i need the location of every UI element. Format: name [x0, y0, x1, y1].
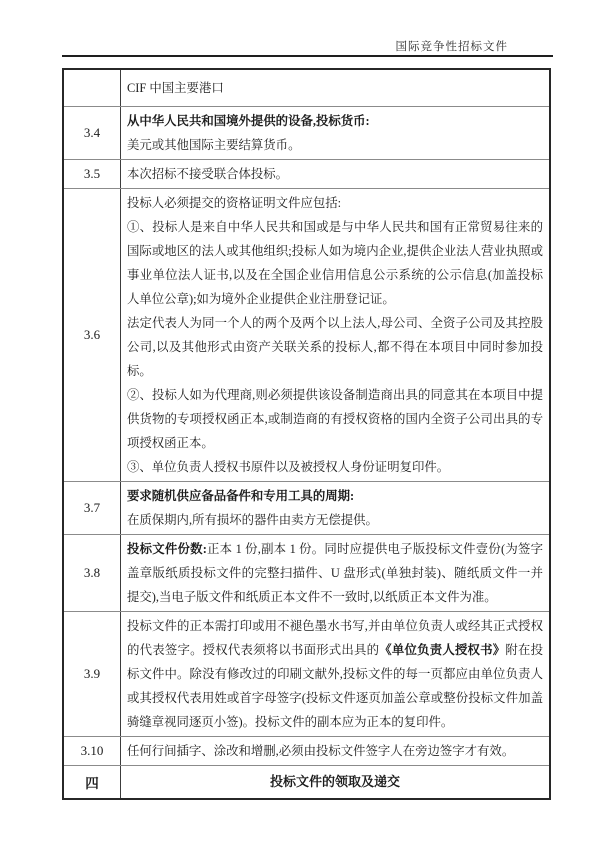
bid-table: CIF 中国主要港口 3.4 从中华人民共和国境外提供的设备,投标货币: 美元或…: [62, 68, 551, 800]
document-page: 国际竞争性招标文件 CIF 中国主要港口 3.4 从中华人民共和国境外提供的设备…: [0, 0, 616, 860]
paragraph: 在质保期内,所有损坏的器件由卖方无偿提供。: [127, 508, 543, 532]
paragraph: ③、单位负责人授权书原件以及被授权人身份证明复印件。: [127, 455, 543, 479]
table-row-3-10: 3.10 任何行间插字、涂改和增删,必须由投标文件签字人在旁边签字才有效。: [64, 736, 549, 765]
paragraph: ①、投标人是来自中华人民共和国或是与中华人民共和国有正常贸易往来的国际或地区的法…: [127, 215, 543, 311]
row-content: CIF 中国主要港口: [121, 70, 549, 106]
row-number: 3.10: [64, 737, 121, 765]
table-row-cif: CIF 中国主要港口: [64, 70, 549, 106]
paragraph: 美元或其他国际主要结算货币。: [127, 133, 543, 157]
table-row-3-5: 3.5 本次招标不接受联合体投标。: [64, 159, 549, 188]
section-title: 投标文件的领取及递交: [127, 770, 543, 794]
row-number: 3.5: [64, 160, 121, 188]
row-number: [64, 70, 121, 106]
inline-bold-label: 投标文件份数:: [127, 542, 207, 556]
row-number: 3.6: [64, 189, 121, 481]
table-row-3-4: 3.4 从中华人民共和国境外提供的设备,投标货币: 美元或其他国际主要结算货币。: [64, 106, 549, 159]
row-content: 任何行间插字、涂改和增删,必须由投标文件签字人在旁边签字才有效。: [121, 737, 549, 765]
row-content: 本次招标不接受联合体投标。: [121, 160, 549, 188]
paragraph: 本次招标不接受联合体投标。: [127, 162, 543, 186]
row-content: 投标人必须提交的资格证明文件应包括: ①、投标人是来自中华人民共和国或是与中华人…: [121, 189, 549, 481]
paragraph: 投标文件份数:正本 1 份,副本 1 份。同时应提供电子版投标文件壹份(为签字盖…: [127, 537, 543, 609]
row-number: 四: [64, 766, 121, 798]
row-number: 3.7: [64, 482, 121, 534]
row-content: 投标文件的领取及递交: [121, 766, 549, 798]
table-row-3-6: 3.6 投标人必须提交的资格证明文件应包括: ①、投标人是来自中华人民共和国或是…: [64, 188, 549, 481]
table-row-3-7: 3.7 要求随机供应备品备件和专用工具的周期: 在质保期内,所有损坏的器件由卖方…: [64, 481, 549, 534]
paragraph: 投标人必须提交的资格证明文件应包括:: [127, 191, 543, 215]
inline-bold-title: 《单位负责人授权书》: [379, 643, 505, 657]
row-content: 投标文件份数:正本 1 份,副本 1 份。同时应提供电子版投标文件壹份(为签字盖…: [121, 535, 549, 611]
paragraph: 投标文件的正本需打印或用不褪色墨水书写,并由单位负责人或经其正式授权的代表签字。…: [127, 614, 543, 734]
table-row-section-4: 四 投标文件的领取及递交: [64, 765, 549, 798]
paragraph: 任何行间插字、涂改和增删,必须由投标文件签字人在旁边签字才有效。: [127, 739, 543, 763]
row-content: 从中华人民共和国境外提供的设备,投标货币: 美元或其他国际主要结算货币。: [121, 107, 549, 159]
header-rule: [62, 55, 553, 57]
row-number: 3.9: [64, 612, 121, 736]
paragraph: 从中华人民共和国境外提供的设备,投标货币:: [127, 109, 543, 133]
paragraph: 法定代表人为同一个人的两个及两个以上法人,母公司、全资子公司及其控股公司,以及其…: [127, 311, 543, 383]
row-content: 投标文件的正本需打印或用不褪色墨水书写,并由单位负责人或经其正式授权的代表签字。…: [121, 612, 549, 736]
paragraph: ②、投标人如为代理商,则必须提供该设备制造商出具的同意其在本项目中提供货物的专项…: [127, 383, 543, 455]
row-content: 要求随机供应备品备件和专用工具的周期: 在质保期内,所有损坏的器件由卖方无偿提供…: [121, 482, 549, 534]
document-header-label: 国际竞争性招标文件: [396, 38, 509, 54]
table-row-3-8: 3.8 投标文件份数:正本 1 份,副本 1 份。同时应提供电子版投标文件壹份(…: [64, 534, 549, 611]
table-row-3-9: 3.9 投标文件的正本需打印或用不褪色墨水书写,并由单位负责人或经其正式授权的代…: [64, 611, 549, 736]
paragraph: CIF 中国主要港口: [127, 76, 543, 100]
paragraph: 要求随机供应备品备件和专用工具的周期:: [127, 484, 543, 508]
row-number: 3.4: [64, 107, 121, 159]
row-number: 3.8: [64, 535, 121, 611]
